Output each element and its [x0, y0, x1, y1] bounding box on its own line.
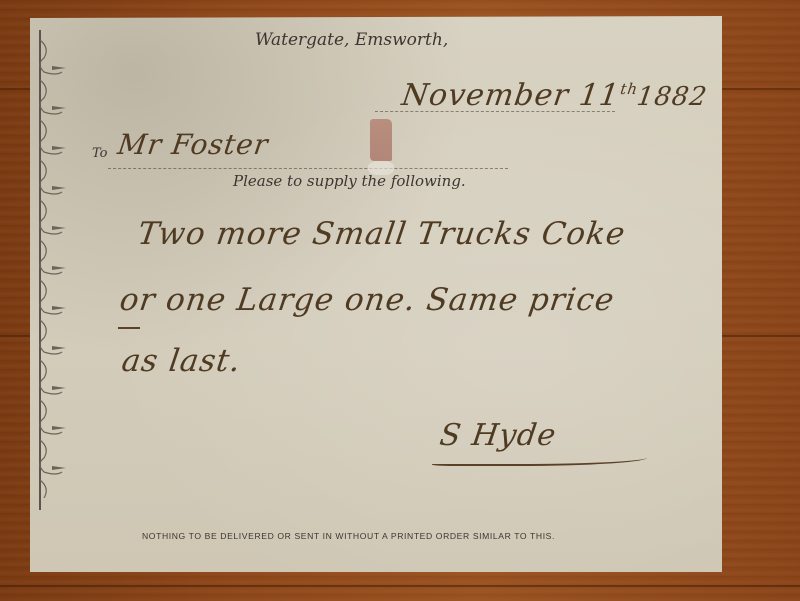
underline-or [118, 327, 140, 329]
signature: S Hyde [438, 418, 559, 453]
letterhead-address: Watergate, Emsworth, [255, 30, 448, 50]
order-line-3: as last. [119, 343, 243, 379]
wax-seal-residue [370, 119, 392, 161]
instruction-text: Please to supply the following. [233, 172, 466, 190]
date-dotted-line [375, 111, 615, 112]
date-year: 1882 [635, 82, 709, 112]
recipient-name: Mr Foster [116, 128, 271, 161]
signature-flourish [432, 452, 647, 466]
order-date: November 11th1882 [400, 78, 710, 113]
order-form-paper: Watergate, Emsworth, November 11th1882 T… [30, 16, 722, 572]
decorative-border-icon [30, 30, 70, 510]
recipient-prefix-label: To [92, 146, 108, 161]
recipient-dotted-line [108, 168, 508, 169]
order-line-1: Two more Small Trucks Coke [135, 216, 627, 252]
wood-seam [0, 585, 800, 587]
footer-notice: NOTHING TO BE DELIVERED OR SENT IN WITHO… [142, 531, 555, 541]
date-month-day: November 11 [400, 78, 622, 113]
order-line-2: or one Large one. Same price [117, 282, 616, 318]
